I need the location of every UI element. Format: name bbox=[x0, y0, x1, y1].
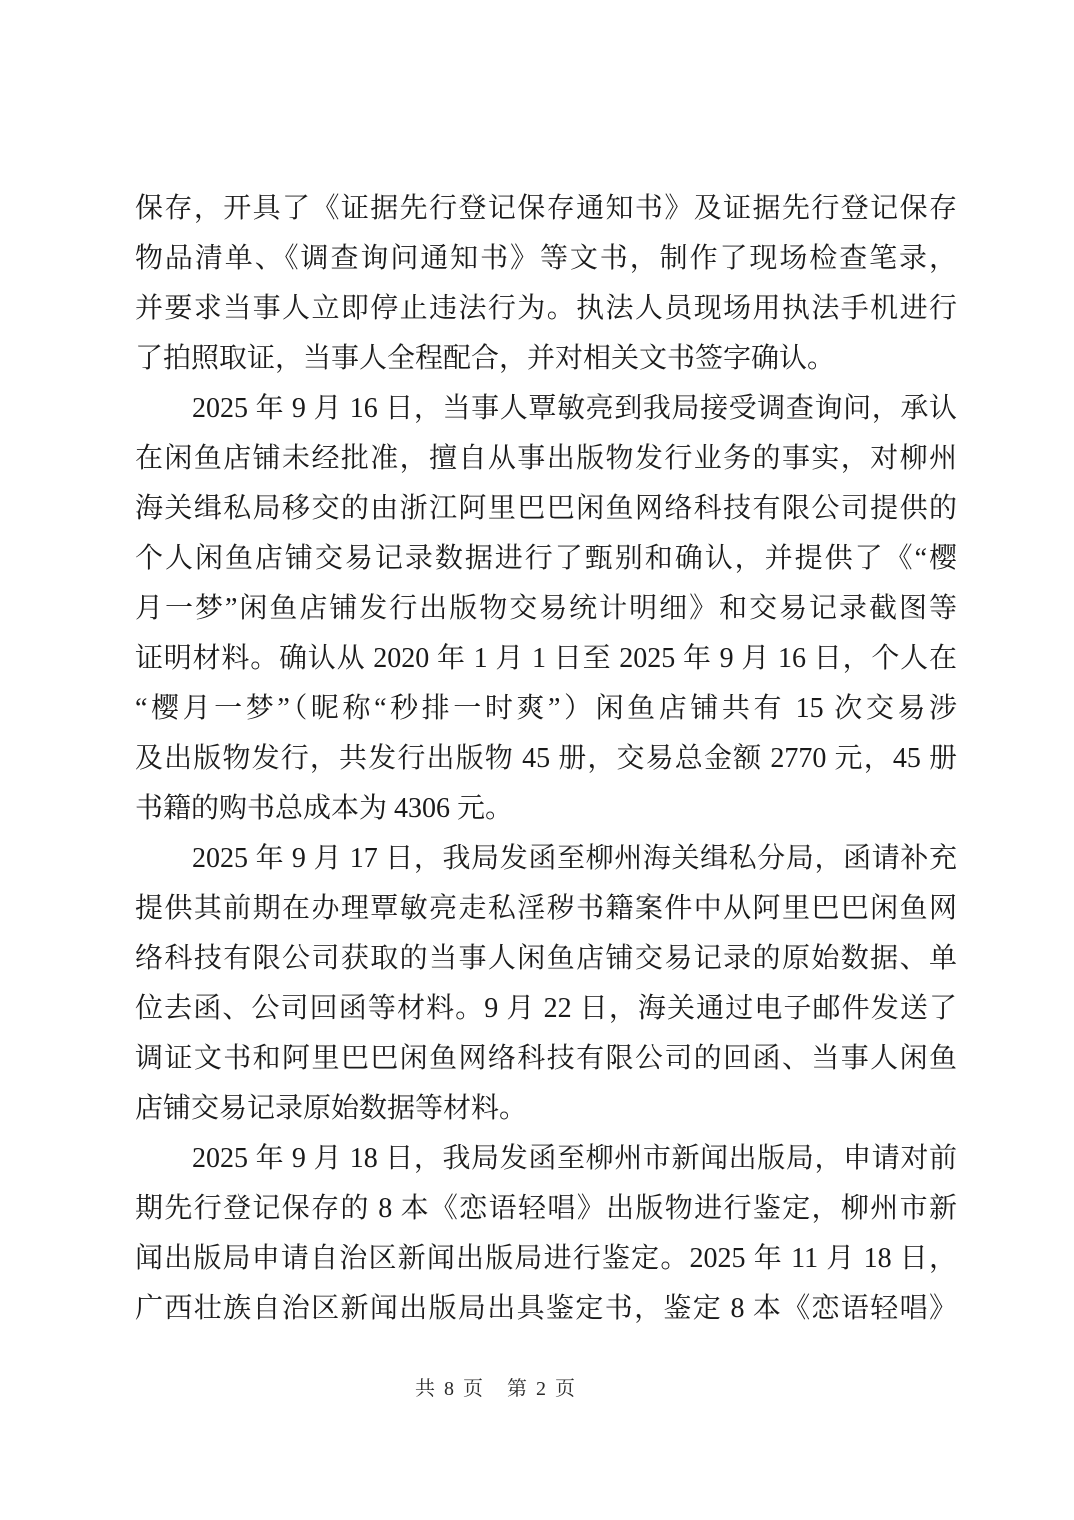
text-line: 调证文书和阿里巴巴闲鱼网络科技有限公司的回函、当事人闲鱼 bbox=[135, 1034, 957, 1084]
text-line: 在闲鱼店铺未经批准，擅自从事出版物发行业务的事实，对柳州 bbox=[135, 434, 957, 484]
paragraph: 2025 年 9 月 18 日，我局发函至柳州市新闻出版局，申请对前 期先行登记… bbox=[135, 1134, 957, 1334]
text-line: 保存，开具了《证据先行登记保存通知书》及证据先行登记保存 bbox=[135, 184, 957, 234]
paragraph: 2025 年 9 月 16 日，当事人覃敏亮到我局接受调查询问，承认 在闲鱼店铺… bbox=[135, 384, 957, 834]
page-number-line: 共 8 页第 2 页 bbox=[415, 1378, 577, 1400]
total-pages-label: 共 8 页 bbox=[415, 1378, 485, 1400]
text-line: 并要求当事人立即停止违法行为。执法人员现场用执法手机进行 bbox=[135, 284, 957, 334]
text-line: “樱月一梦”（昵称“秒排一时爽”）闲鱼店铺共有 15 次交易涉 bbox=[135, 684, 957, 734]
page-footer: 共 8 页第 2 页 bbox=[0, 1372, 1074, 1401]
current-page-label: 第 2 页 bbox=[507, 1378, 577, 1400]
text-line: 广西壮族自治区新闻出版局出具鉴定书，鉴定 8 本《恋语轻唱》 bbox=[135, 1284, 957, 1334]
text-line: 2025 年 9 月 18 日，我局发函至柳州市新闻出版局，申请对前 bbox=[135, 1134, 957, 1184]
text-line: 位去函、公司回函等材料。9 月 22 日，海关通过电子邮件发送了 bbox=[135, 984, 957, 1034]
text-line: 书籍的购书总成本为 4306 元。 bbox=[135, 784, 957, 834]
text-line: 闻出版局申请自治区新闻出版局进行鉴定。2025 年 11 月 18 日， bbox=[135, 1234, 957, 1284]
paragraph: 2025 年 9 月 17 日，我局发函至柳州海关缉私分局，函请补充 提供其前期… bbox=[135, 834, 957, 1134]
text-line: 海关缉私局移交的由浙江阿里巴巴闲鱼网络科技有限公司提供的 bbox=[135, 484, 957, 534]
document-page: 保存，开具了《证据先行登记保存通知书》及证据先行登记保存 物品清单、《调查询问通… bbox=[0, 0, 1074, 1520]
text-line: 了拍照取证，当事人全程配合，并对相关文书签字确认。 bbox=[135, 334, 957, 384]
text-line: 店铺交易记录原始数据等材料。 bbox=[135, 1084, 957, 1134]
text-line: 月一梦”闲鱼店铺发行出版物交易统计明细》和交易记录截图等 bbox=[135, 584, 957, 634]
paragraph: 保存，开具了《证据先行登记保存通知书》及证据先行登记保存 物品清单、《调查询问通… bbox=[135, 184, 957, 384]
document-body: 保存，开具了《证据先行登记保存通知书》及证据先行登记保存 物品清单、《调查询问通… bbox=[135, 184, 957, 1334]
text-line: 2025 年 9 月 17 日，我局发函至柳州海关缉私分局，函请补充 bbox=[135, 834, 957, 884]
text-line: 证明材料。确认从 2020 年 1 月 1 日至 2025 年 9 月 16 日… bbox=[135, 634, 957, 684]
text-line: 物品清单、《调查询问通知书》等文书，制作了现场检查笔录， bbox=[135, 234, 957, 284]
text-line: 个人闲鱼店铺交易记录数据进行了甄别和确认，并提供了《“樱 bbox=[135, 534, 957, 584]
text-line: 2025 年 9 月 16 日，当事人覃敏亮到我局接受调查询问，承认 bbox=[135, 384, 957, 434]
text-line: 提供其前期在办理覃敏亮走私淫秽书籍案件中从阿里巴巴闲鱼网 bbox=[135, 884, 957, 934]
text-line: 络科技有限公司获取的当事人闲鱼店铺交易记录的原始数据、单 bbox=[135, 934, 957, 984]
text-line: 及出版物发行，共发行出版物 45 册，交易总金额 2770 元，45 册 bbox=[135, 734, 957, 784]
text-line: 期先行登记保存的 8 本《恋语轻唱》出版物进行鉴定，柳州市新 bbox=[135, 1184, 957, 1234]
